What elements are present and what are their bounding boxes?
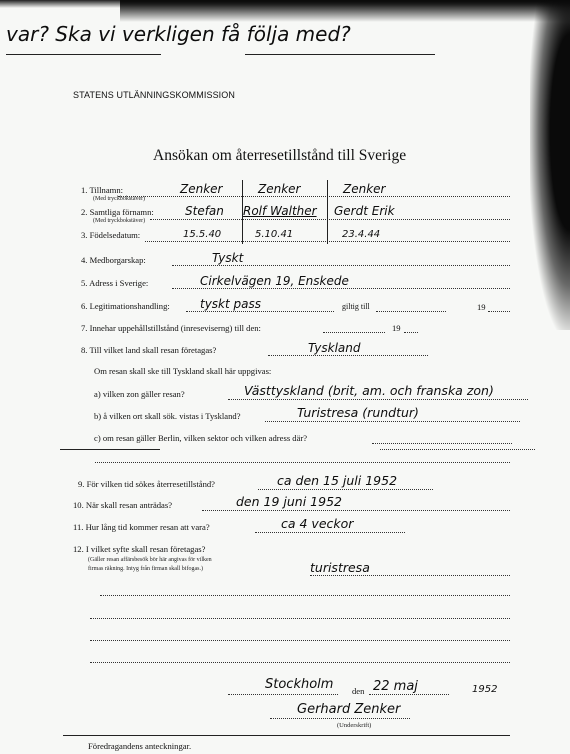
signature-den-label: den bbox=[352, 686, 364, 696]
header-underline-2 bbox=[245, 54, 435, 55]
column-divider-1 bbox=[242, 180, 243, 244]
q3-value-3: 23.4.44 bbox=[342, 229, 380, 240]
q6-value: tyskt pass bbox=[200, 297, 261, 311]
signature-name: Gerhard Zenker bbox=[297, 702, 400, 717]
q10-value: den 19 juni 1952 bbox=[236, 494, 342, 509]
q3-label: 3. Födelsedatum: bbox=[81, 230, 140, 240]
q6-year-line bbox=[488, 311, 510, 312]
place-line bbox=[228, 694, 338, 695]
q3-value-1: 15.5.40 bbox=[183, 229, 221, 240]
q2-value-1: Stefan bbox=[185, 204, 224, 218]
q12-label: 12. I vilket syfte skall resan företagas… bbox=[73, 544, 205, 554]
qc-label: c) om resan gäller Berlin, vilken sektor… bbox=[94, 433, 307, 443]
signature-year: 1952 bbox=[472, 684, 497, 695]
header-underline bbox=[6, 54, 161, 55]
signature-line bbox=[270, 718, 410, 719]
footer-rule bbox=[63, 735, 510, 736]
qb-line bbox=[265, 421, 520, 422]
q1-value-3: Zenker bbox=[343, 182, 385, 196]
footer-notes-label: Föredragandens anteckningar. bbox=[88, 741, 191, 751]
q12-value: turistresa bbox=[310, 560, 370, 575]
q4-value: Tyskt bbox=[212, 251, 243, 265]
q10-line bbox=[202, 510, 510, 511]
q7-year-prefix: 19 bbox=[392, 323, 401, 333]
qa-line bbox=[228, 399, 528, 400]
q12-line bbox=[310, 575, 510, 576]
q5-line bbox=[172, 288, 510, 289]
q12-note-1: (Gäller resan affärsbesök bör här angiva… bbox=[88, 557, 212, 563]
blank-line-3 bbox=[90, 640, 510, 641]
q7-year-line bbox=[404, 332, 418, 333]
q6-valid-line bbox=[376, 311, 446, 312]
q10-label: 10. När skall resan anträdas? bbox=[73, 500, 172, 510]
q2-sublabel: (Med tryckbokstäver) bbox=[93, 218, 145, 224]
q6-year-prefix: 19 bbox=[477, 302, 486, 312]
q5-value: Cirkelvägen 19, Enskede bbox=[200, 274, 349, 288]
qc-extra-line-b bbox=[380, 449, 535, 450]
qa-label: a) vilken zon gäller resan? bbox=[94, 389, 185, 399]
qb-label: b) å vilken ort skall sök. vistas i Tysk… bbox=[94, 411, 241, 421]
germany-intro: Om resan skall ske till Tyskland skall h… bbox=[94, 366, 271, 376]
q1-value-1: Zenker bbox=[180, 182, 222, 196]
q9-value: ca den 15 juli 1952 bbox=[277, 473, 397, 488]
qc-line bbox=[372, 443, 512, 444]
q8-line bbox=[268, 355, 428, 356]
qc-extra-line-a bbox=[60, 449, 160, 450]
agency-name: STATENS UTLÄNNINGSKOMMISSION bbox=[73, 90, 235, 100]
q7-line bbox=[323, 332, 385, 333]
q2-label: 2. Samtliga förnamn: bbox=[81, 207, 154, 217]
q11-value: ca 4 veckor bbox=[281, 516, 353, 531]
q1-label: 1. Tillnamn: bbox=[81, 185, 123, 195]
qa-value: Västtyskland (brit, am. och franska zon) bbox=[244, 383, 494, 398]
q4-label: 4. Medborgarskap: bbox=[81, 255, 146, 265]
date-line bbox=[369, 694, 449, 695]
column-divider-2 bbox=[327, 180, 328, 244]
blank-line-1 bbox=[100, 595, 510, 596]
q9-label: 9. För vilken tid sökes återresetillstån… bbox=[78, 479, 215, 489]
q12-note-2: firmas räkning. Intyg från firman skall … bbox=[88, 566, 203, 572]
qc-extra-line-c bbox=[95, 462, 510, 463]
q1-line bbox=[118, 196, 510, 197]
q4-line bbox=[172, 265, 510, 266]
signature-caption: (Underskrift) bbox=[337, 722, 371, 729]
blank-line-4 bbox=[90, 662, 510, 663]
q6-line bbox=[186, 311, 334, 312]
q2-line bbox=[150, 219, 510, 220]
q7-label: 7. Innehar uppehållstillstånd (inresevis… bbox=[81, 323, 261, 333]
q6-valid-label: giltig till bbox=[342, 302, 370, 311]
q8-value: Tyskland bbox=[308, 341, 361, 355]
q11-label: 11. Hur lång tid kommer resan att vara? bbox=[73, 522, 210, 532]
signature-place: Stockholm bbox=[265, 677, 333, 692]
q9-line bbox=[258, 489, 433, 490]
scan-shadow-top-right bbox=[120, 0, 570, 22]
header-handwriting: var? Ska vi verkligen få följa med? bbox=[6, 22, 351, 46]
q1-value-2: Zenker bbox=[258, 182, 300, 196]
signature-date: 22 maj bbox=[373, 679, 418, 694]
q2-value-2: Rolf Walther bbox=[243, 204, 317, 218]
q3-value-2: 5.10.41 bbox=[255, 229, 293, 240]
q8-label: 8. Till vilket land skall resan företaga… bbox=[81, 345, 216, 355]
q6-label: 6. Legitimationshandling: bbox=[81, 301, 170, 311]
q11-line bbox=[255, 532, 405, 533]
q5-label: 5. Adress i Sverige: bbox=[81, 278, 148, 288]
scan-shadow-right bbox=[530, 0, 570, 330]
page-title: Ansökan om återresetillstånd till Sverig… bbox=[153, 147, 406, 165]
blank-line-2 bbox=[90, 618, 510, 619]
qb-value: Turistresa (rundtur) bbox=[297, 405, 419, 420]
q2-value-3: Gerdt Erik bbox=[334, 204, 395, 218]
